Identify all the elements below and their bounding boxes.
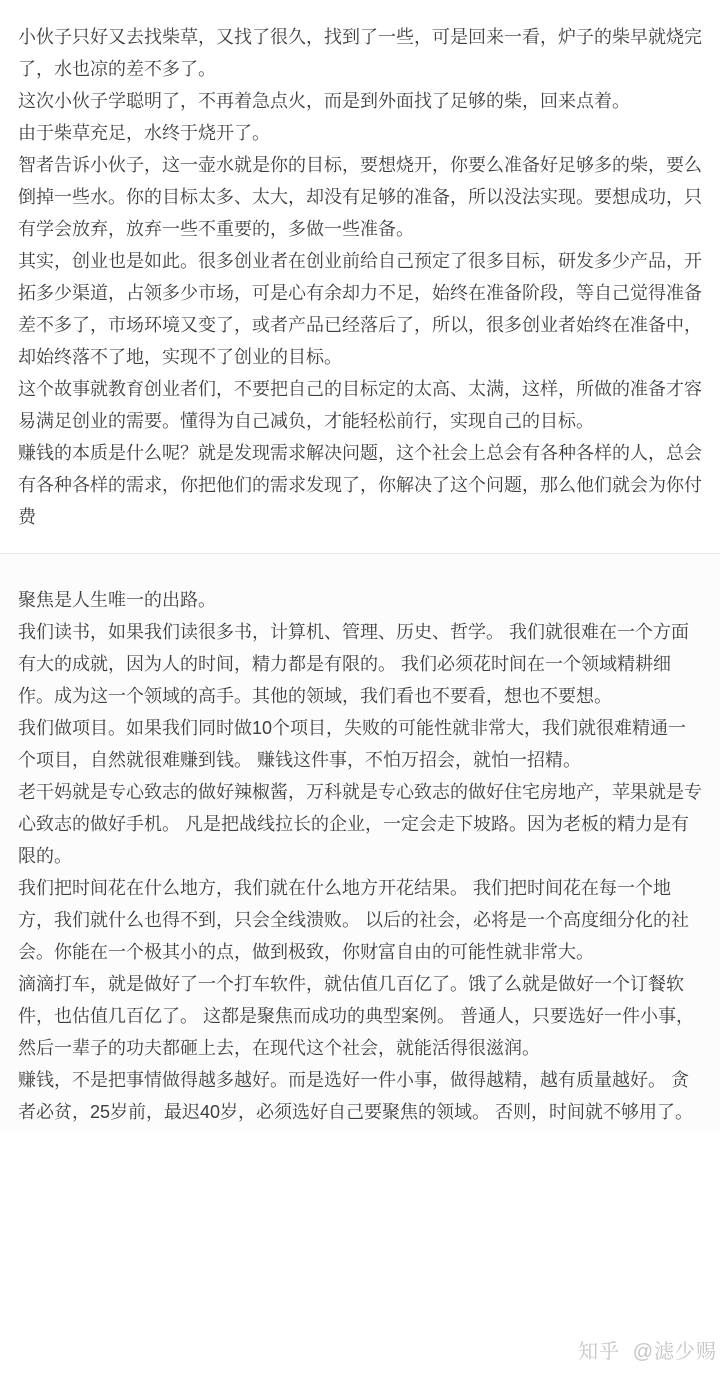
- paragraph: 这个故事就教育创业者们，不要把自己的目标定的太高、太满，这样，所做的准备才容易满…: [18, 373, 702, 437]
- paragraph: 我们读书，如果我们读很多书，计算机、管理、历史、哲学。 我们就很难在一个方面有大…: [18, 616, 702, 712]
- paragraph: 我们做项目。如果我们同时做10个项目，失败的可能性就非常大，我们就很难精通一个项…: [18, 712, 702, 776]
- focus-section: 聚焦是人生唯一的出路。 我们读书，如果我们读很多书，计算机、管理、历史、哲学。 …: [0, 554, 720, 1132]
- article: 小伙子只好又去找柴草，又找了很久，找到了一些，可是回来一看，炉子的柴早就烧完了，…: [0, 0, 720, 1132]
- article-screenshot-page: { "colors": { "background": "#ffffff", "…: [0, 0, 720, 1381]
- paragraph: 聚焦是人生唯一的出路。: [18, 584, 702, 616]
- watermark-handle-label: @滤少赐: [633, 1341, 717, 1363]
- paragraph: 滴滴打车，就是做好了一个打车软件，就估值几百亿了。饿了么就是做好一个订餐软件，也…: [18, 968, 702, 1064]
- zhihu-watermark: 知乎 @滤少赐: [578, 1339, 717, 1365]
- watermark-brand-label: 知乎: [578, 1341, 620, 1363]
- paragraph: 老干妈就是专心致志的做好辣椒酱，万科就是专心致志的做好住宅房地产，苹果就是专心致…: [18, 776, 702, 872]
- paragraph: 赚钱，不是把事情做得越多越好。而是选好一件小事，做得越精，越有质量越好。 贪者必…: [18, 1064, 702, 1128]
- paragraph: 智者告诉小伙子，这一壶水就是你的目标，要想烧开，你要么准备好足够多的柴，要么倒掉…: [18, 149, 702, 245]
- paragraph: 这次小伙子学聪明了，不再着急点火，而是到外面找了足够的柴，回来点着。: [18, 85, 702, 117]
- story-section: 小伙子只好又去找柴草，又找了很久，找到了一些，可是回来一看，炉子的柴早就烧完了，…: [0, 0, 720, 553]
- paragraph: 我们把时间花在什么地方，我们就在什么地方开花结果。 我们把时间花在每一个地方，我…: [18, 872, 702, 968]
- paragraph: 赚钱的本质是什么呢？就是发现需求解决问题，这个社会上总会有各种各样的人，总会有各…: [18, 437, 702, 533]
- paragraph: 由于柴草充足，水终于烧开了。: [18, 117, 702, 149]
- paragraph: 小伙子只好又去找柴草，又找了很久，找到了一些，可是回来一看，炉子的柴早就烧完了，…: [18, 21, 702, 85]
- paragraph: 其实，创业也是如此。很多创业者在创业前给自己预定了很多目标，研发多少产品，开拓多…: [18, 245, 702, 373]
